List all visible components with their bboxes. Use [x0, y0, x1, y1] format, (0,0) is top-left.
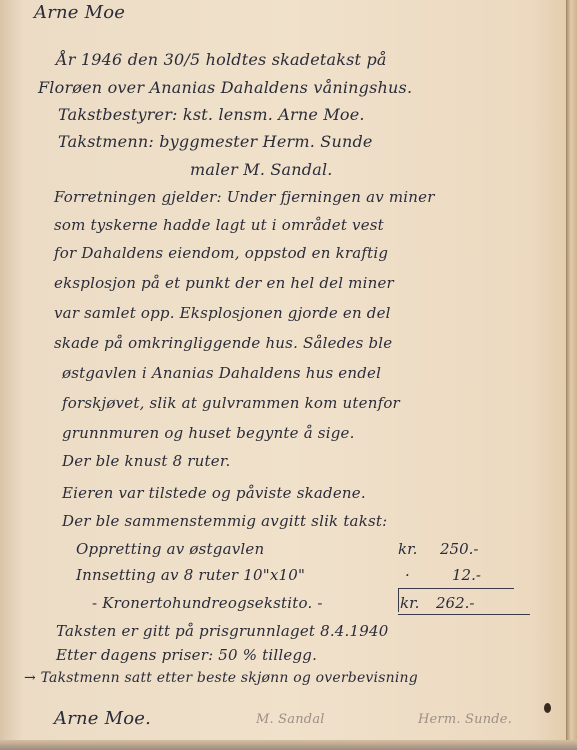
scanned-page: Arne Moe År 1946 den 30/5 holdtes skadet…	[0, 0, 577, 750]
signature-arne-moe: Arne Moe.	[54, 708, 151, 729]
body-line-10: var samlet opp. Eksplosjonen gjorde en d…	[54, 304, 391, 322]
sum-rule-top	[398, 588, 514, 589]
appraisal-total-label: - Kronertohundreogsekstito. -	[92, 594, 323, 612]
signature-m-sandal: M. Sandal	[256, 712, 325, 727]
body-line-3: Takstbestyrer: kst. lensm. Arne Moe.	[58, 105, 365, 124]
sum-rule-bottom	[398, 614, 530, 615]
body-line-8: for Dahaldens eiendom, oppstod en krafti…	[54, 244, 388, 262]
body-line-12: østgavlen i Ananias Dahaldens hus endel	[62, 364, 381, 382]
appraisal-total-currency: kr.	[400, 594, 419, 612]
body-line-13: forskjøvet, slik at gulvrammen kom utenf…	[62, 394, 400, 412]
appraisal-item-2-currency: ·	[405, 566, 410, 584]
body-line-6: Forretningen gjelder: Under fjerningen a…	[54, 188, 435, 206]
page-edge	[566, 0, 577, 740]
appraisal-item-1-label: Oppretting av østgavlen	[76, 540, 264, 558]
body-line-16: Eieren var tilstede og påviste skadene.	[62, 484, 366, 502]
body-line-5: maler M. Sandal.	[190, 160, 333, 179]
body-line-15: Der ble knust 8 ruter.	[62, 452, 231, 470]
binding-hole	[544, 703, 551, 713]
appraisal-item-1-amount: 250.-	[440, 540, 478, 558]
body-line-4: Takstmenn: byggmester Herm. Sunde	[58, 132, 373, 151]
appraisal-total-amount: 262.-	[436, 594, 474, 612]
body-line-7: som tyskerne hadde lagt ut i området ves…	[54, 216, 384, 234]
appraisal-item-2-label: Innsetting av 8 ruter 10"x10"	[76, 566, 305, 584]
page-bottom-edge	[0, 740, 577, 750]
body-line-11: skade på omkringliggende hus. Således bl…	[54, 334, 392, 352]
footer-line-1: Taksten er gitt på prisgrunnlaget 8.4.19…	[56, 622, 389, 640]
footer-line-3: → Takstmenn satt etter beste skjønn og o…	[24, 670, 418, 686]
body-line-17: Der ble sammenstemmig avgitt slik takst:	[62, 512, 387, 530]
body-line-2: Florøen over Ananias Dahaldens våningshu…	[38, 78, 412, 97]
appraisal-item-2-amount: 12.-	[452, 566, 481, 584]
footer-line-2: Etter dagens priser: 50 % tillegg.	[56, 646, 317, 664]
top-signature: Arne Moe	[34, 2, 125, 23]
body-line-14: grunnmuren og huset begynte å sige.	[62, 424, 355, 442]
signature-herm-sunde: Herm. Sunde.	[418, 712, 512, 727]
appraisal-item-1-currency: kr.	[398, 540, 417, 558]
body-line-1: År 1946 den 30/5 holdtes skadetakst på	[56, 50, 387, 69]
sum-rule-left	[398, 588, 399, 612]
body-line-9: eksplosjon på et punkt der en hel del mi…	[54, 274, 394, 292]
